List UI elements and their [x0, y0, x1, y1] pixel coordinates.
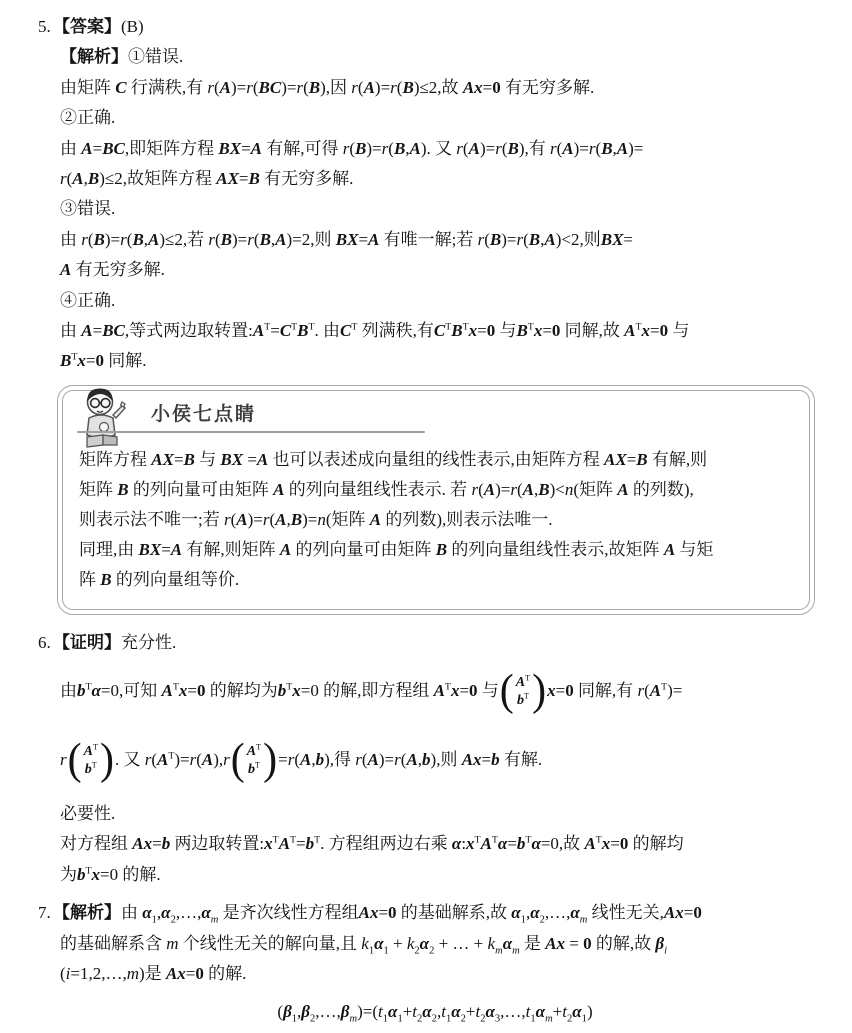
- answer-text: 【答案】(B): [53, 17, 144, 36]
- problem-number: 6.: [38, 628, 53, 658]
- text-line: 由bTα=0,可知 ATx=0 的解均为bTx=0 的解,即方程组 ATx=0 …: [38, 660, 832, 722]
- problem-7: 7.【解析】由 α1,α2,…,αm 是齐次线性方程组Ax=0 的基础解系,故 …: [38, 898, 832, 1027]
- problem-6: 6.【证明】充分性. 由bTα=0,可知 ATx=0 的解均为bTx=0 的解,…: [38, 628, 832, 891]
- tip-box: 小侯七点睛 矩阵方程 AX=B 与 BX =A 也可以表述成向量组的线性表示,由…: [57, 385, 815, 615]
- answer-line: 5.【答案】(B): [38, 12, 832, 42]
- problem-number: 7.: [38, 898, 53, 928]
- mascot-boy-glasses-icon: [73, 385, 131, 451]
- text-line: 【解析】①错误.: [38, 42, 832, 72]
- display-formula: (β1,β2,…,βm)=(t1α1+t2α2,t1α2+t2α3,…,t1αm…: [38, 997, 832, 1027]
- analysis-text: 【解析】由 α1,α2,…,αm 是齐次线性方程组Ax=0 的基础解系,故 α1…: [53, 903, 702, 922]
- analysis-line: 7.【解析】由 α1,α2,…,αm 是齐次线性方程组Ax=0 的基础解系,故 …: [38, 898, 832, 928]
- tip-line: 矩阵 B 的列向量可由矩阵 A 的列向量组线性表示. 若 r(A)=r(A,B)…: [79, 475, 795, 505]
- tip-line: 同理,由 BX=A 有解,则矩阵 A 的列向量可由矩阵 B 的列向量组线性表示,…: [79, 535, 795, 565]
- problem-5: 5.【答案】(B) 【解析】①错误. 由矩阵 C 行满秩,有 r(A)=r(BC…: [38, 12, 832, 377]
- text-line: 必要性.: [38, 799, 832, 829]
- solution-page: 5.【答案】(B) 【解析】①错误. 由矩阵 C 行满秩,有 r(A)=r(BC…: [0, 0, 852, 1027]
- text-line: r(ATbT). 又 r(AT)=r(A),r(ATbT)=r(A,b),得 r…: [38, 729, 832, 791]
- text-line: 由矩阵 C 行满秩,有 r(A)=r(BC)=r(B),因 r(A)=r(B)≤…: [38, 73, 832, 103]
- text-line: ④正确.: [38, 286, 832, 316]
- text-line: 的基础解系含 m 个线性无关的解向量,且 k1α1 + k2α2 + … + k…: [38, 929, 832, 959]
- tip-line: 则表示法不唯一;若 r(A)=r(A,B)=n(矩阵 A 的列数),则表示法唯一…: [79, 505, 795, 535]
- text-line: A 有无穷多解.: [38, 255, 832, 285]
- proof-line: 6.【证明】充分性.: [38, 628, 832, 658]
- tip-line: 矩阵方程 AX=B 与 BX =A 也可以表述成向量组的线性表示,由矩阵方程 A…: [79, 445, 795, 475]
- problem-number: 5.: [38, 12, 53, 42]
- text-line: ③错误.: [38, 194, 832, 224]
- text-line: BTx=0 同解.: [38, 346, 832, 376]
- text-line: 由 A=BC,等式两边取转置:AT=CTBT. 由CT 列满秩,有CTBTx=0…: [38, 316, 832, 346]
- text-line: 为bTx=0 的解.: [38, 860, 832, 890]
- title-underline: [77, 431, 425, 434]
- tip-box-title: 小侯七点睛: [151, 399, 256, 426]
- page: { "colors": { "border": "#a6a6a6", "text…: [0, 0, 852, 1033]
- text-line: ②正确.: [38, 103, 832, 133]
- tip-line: 阵 B 的列向量组等价.: [79, 565, 795, 595]
- text-line: 由 r(B)=r(B,A)≤2,若 r(B)=r(B,A)=2,则 BX=A 有…: [38, 225, 832, 255]
- text-line: (i=1,2,…,m)是 Ax=0 的解.: [38, 959, 832, 989]
- text-line: 对方程组 Ax=b 两边取转置:xTAT=bT. 方程组两边右乘 α:xTATα…: [38, 829, 832, 859]
- proof-text: 【证明】充分性.: [53, 633, 176, 652]
- text-line: 由 A=BC,即矩阵方程 BX=A 有解,可得 r(B)=r(B,A). 又 r…: [38, 134, 832, 164]
- text-line: r(A,B)≤2,故矩阵方程 AX=B 有无穷多解.: [38, 164, 832, 194]
